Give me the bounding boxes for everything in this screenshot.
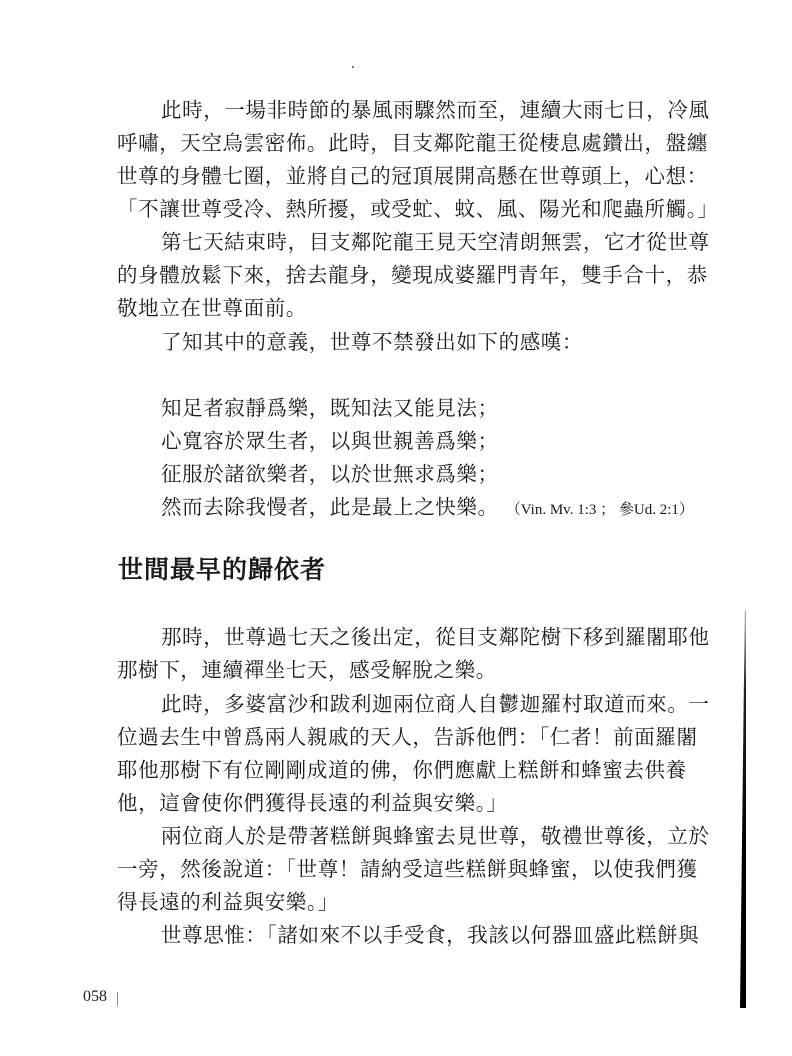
verse-line: 知足者寂靜爲樂，既知法又能見法；	[161, 396, 499, 420]
text-line: 他，這會使你們獲得長遠的利益與安樂。」	[117, 791, 508, 815]
text-line: 耶他那樹下有位剛剛成道的佛，你們應獻上糕餅和蜂蜜去供養	[117, 758, 687, 782]
folio-divider	[117, 992, 118, 1006]
text-line: 敬地立在世尊面前。	[117, 296, 307, 320]
text-line: 得長遠的利益與安樂。」	[117, 890, 339, 914]
text-line: 第七天結束時，目支鄰陀龍王見天空清朗無雲，它才從世尊	[161, 230, 710, 254]
page-number: 058	[83, 988, 107, 1006]
scan-edge-shadow	[740, 610, 746, 1008]
text-line: 一旁，然後說道：「世尊！請納受這些糕餅與蜂蜜，以使我們獲	[117, 857, 698, 881]
text-line: 世尊的身體七圈，並將自己的冠頂展開高懸在世尊頭上，心想：	[117, 164, 708, 188]
text-line: 那樹下，連續禪坐七天，感受解脫之樂。	[117, 658, 497, 682]
text-line: 世尊思惟：「諸如來不以手受食，我該以何器皿盛此糕餅與	[161, 923, 699, 947]
text-line: 的身體放鬆下來，捨去龍身，變現成婆羅門青年，雙手合十，恭	[117, 263, 708, 287]
page-dot	[352, 66, 354, 68]
text-line: 呼嘯，天空烏雲密佈。此時，目支鄰陀龍王從棲息處鑽出，盤纏	[117, 131, 708, 155]
verse-text: 然而去除我慢者，此是最上之快樂。	[161, 495, 499, 519]
text-line: 此時，一場非時節的暴風雨驟然而至，連續大雨七日，冷風	[161, 98, 710, 122]
verse-line: 征服於諸欲樂者，以於世無求爲樂；	[161, 462, 499, 486]
verse-line: 然而去除我慢者，此是最上之快樂。 （Vin. Mv. 1:3 ； 參Ud. 2:…	[161, 495, 694, 522]
text-line: 「不讓世尊受冷、熱所擾，或受虻、蚊、風、陽光和爬蟲所觸。」	[117, 197, 719, 221]
verse-citation: （Vin. Mv. 1:3 ； 參Ud. 2:1）	[506, 502, 694, 518]
text-line: 此時，多婆富沙和跋利迦兩位商人自鬱迦羅村取道而來。一	[161, 692, 710, 716]
section-heading: 世間最早的歸依者	[118, 555, 326, 585]
text-line: 兩位商人於是帶著糕餅與蜂蜜去見世尊，敬禮世尊後，立於	[161, 824, 710, 848]
text-line: 了知其中的意義，世尊不禁發出如下的感嘆：	[161, 330, 583, 354]
text-line: 位過去生中曾爲兩人親戚的天人，告訴他們：「仁者！前面羅闍	[117, 725, 698, 749]
text-line: 那時，世尊過七天之後出定，從目支鄰陀樹下移到羅闍耶他	[161, 625, 710, 649]
verse-line: 心寬容於眾生者，以與世親善爲樂；	[161, 429, 499, 453]
